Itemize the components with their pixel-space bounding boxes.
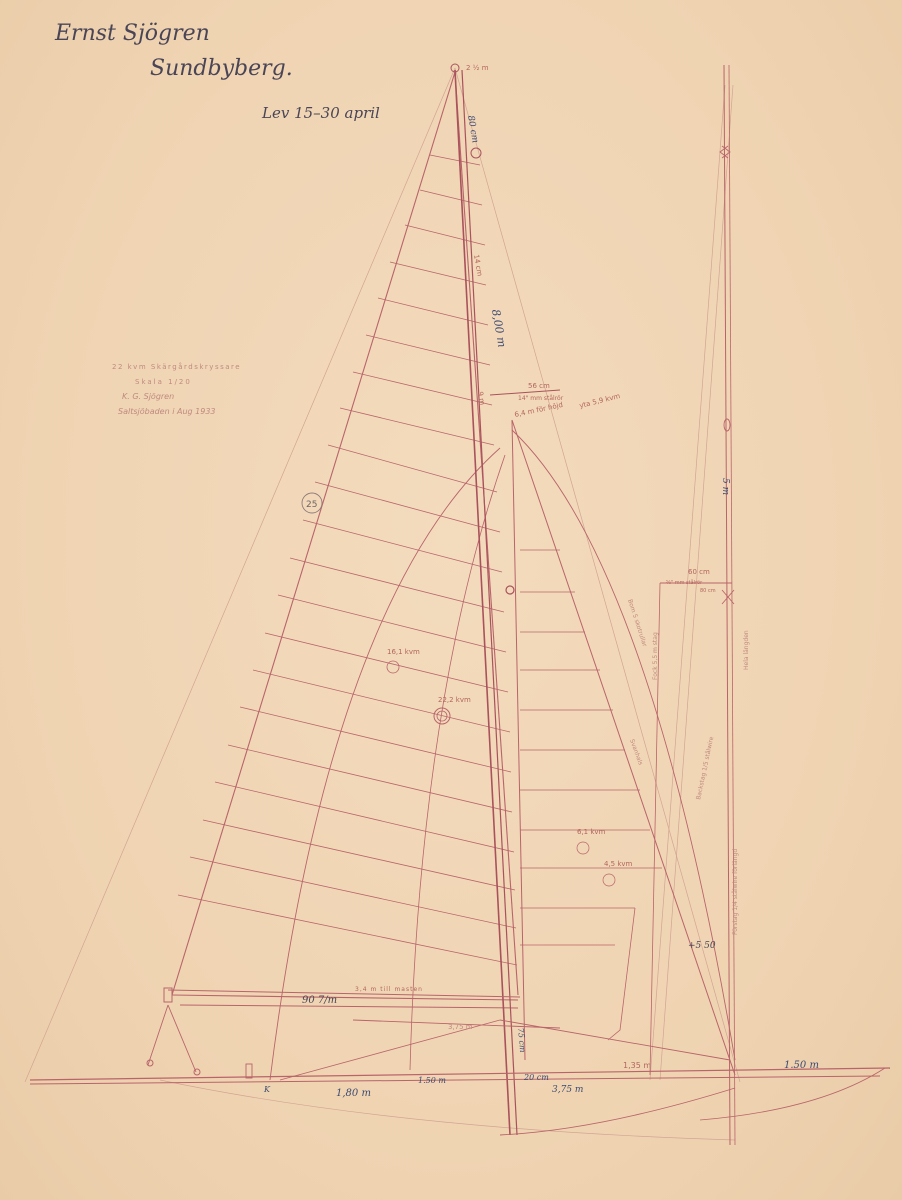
right-vertical-note: Hela längden — [743, 630, 750, 670]
stay-note: Fock 5,5 m stag — [652, 632, 659, 680]
bowsprit: 1.50 m — [784, 1060, 819, 1071]
mast-annotations: 2 ½ m 80 cm 8,00 m 14 cm 9 m 56 cm 14" m… — [465, 64, 621, 419]
spreader-len-label: 56 cm — [528, 382, 550, 390]
right-mast-mark: 5 m — [720, 478, 730, 495]
mast-top-label: 2 ½ m — [466, 64, 489, 72]
title-line-2: Skala 1/20 — [135, 378, 192, 386]
right-spreader-len: 60 cm — [688, 568, 710, 576]
title-line-1: 22 kvm Skärgårdskryssare — [112, 362, 241, 371]
main-total-area: 22,2 kvm — [438, 696, 471, 704]
forestay-note: Förstag 1/4 stålwire förlängd — [732, 849, 739, 935]
title-line-4: Saltsjöbaden i Aug 1933 — [118, 407, 216, 416]
side-mark-label: 14 cm — [472, 254, 484, 277]
right-spreader-sub: 80 cm — [700, 588, 716, 594]
jib-lower-area: 4,5 kvm — [604, 860, 633, 868]
jib-upper-area: 6,1 kvm — [577, 828, 606, 836]
area-label: yta 5,9 kvm — [579, 392, 622, 410]
sail-area-labels: 25 16,1 kvm 22,2 kvm 6,1 kvm 4,5 kvm — [306, 500, 633, 868]
right-spreader-tube: ⅝" mm stålrör — [666, 579, 703, 586]
place-note: Sundbyberg. — [150, 56, 293, 81]
name-note: Ernst Sjögren — [54, 21, 210, 46]
mast — [451, 64, 560, 1135]
shroud-note: Svanhals — [628, 738, 644, 766]
k-mark: K — [263, 1085, 271, 1094]
height-label: 6,4 m för höjd — [514, 401, 564, 419]
upper-span-label: 80 cm — [465, 115, 480, 144]
foot-span: 3,75 m — [448, 1023, 473, 1031]
bow-span: 3,75 m — [552, 1085, 583, 1095]
spreader-tube-label: 14" mm stålrör — [518, 395, 564, 402]
delivery-note: Lev 15–30 april — [261, 104, 380, 122]
stem-offset: 20 cm — [523, 1073, 549, 1082]
sail-plan-sheet: Ernst Sjögren Sundbyberg. Lev 15–30 apri… — [0, 0, 902, 1200]
jib-foot: 1,35 m — [623, 1061, 651, 1070]
backstay-note: Backstag 1/5 stålwire — [695, 736, 715, 801]
boom-to-mast: 3,4 m till masten — [355, 986, 423, 993]
main-upper-area: 16,1 kvm — [387, 648, 420, 656]
mast-foot-vert: 75 cm — [516, 1027, 527, 1053]
stern-span: 1,80 m — [336, 1088, 371, 1099]
leech-note: Bom 5 skotrullar — [626, 598, 648, 648]
title-line-3: K. G. Sjögren — [122, 392, 174, 401]
mid-span: 1.50 m — [418, 1076, 446, 1085]
right-mast-annotations: 5 m 60 cm ⅝" mm stålrör 80 cm Hela längd… — [666, 478, 750, 670]
sail-plan-drawing: Ernst Sjögren Sundbyberg. Lev 15–30 apri… — [0, 0, 902, 1200]
mainsail — [172, 72, 518, 1080]
title-block: 22 kvm Skärgårdskryssare Skala 1/20 K. G… — [112, 362, 241, 416]
boom-length: 90 7/m — [302, 995, 337, 1006]
mainsail-number: 25 — [306, 500, 317, 510]
hull — [30, 1068, 890, 1135]
header-notes: Ernst Sjögren Sundbyberg. Lev 15–30 apri… — [54, 21, 380, 122]
mast-length-label: 8,00 m — [489, 308, 508, 348]
jib-luff: +5 50 — [688, 941, 716, 951]
